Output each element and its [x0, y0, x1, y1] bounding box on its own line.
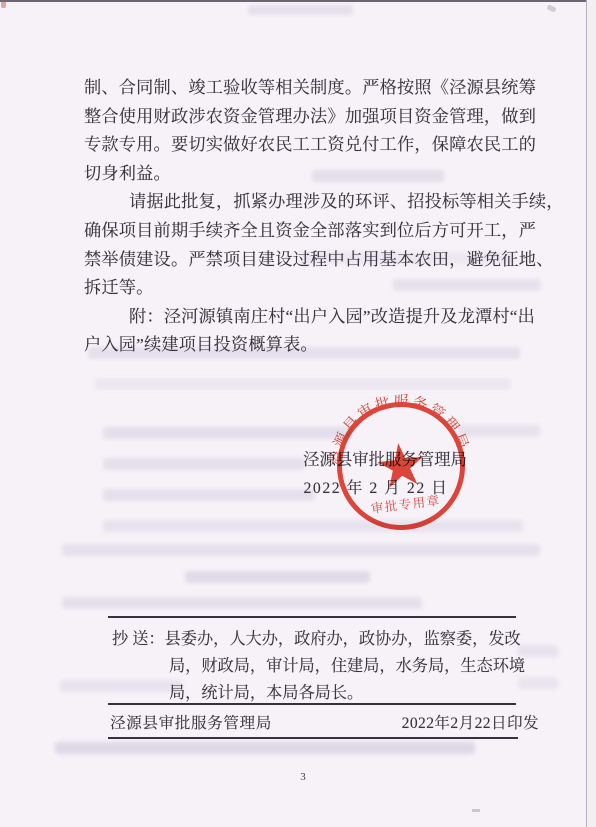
body-line: 确保项目前期手续齐全且资金全部落实到位后方可开工，严 — [84, 217, 532, 246]
bleed-through-text — [185, 571, 370, 583]
bleed-through-text — [55, 742, 475, 754]
colophon-issuer: 泾源县审批服务管理局 — [110, 711, 272, 737]
attachment-line: 户入园”续建项目投资概算表。 — [84, 331, 532, 360]
scanned-document-page: 制、合同制、竣工验收等相关制度。严格按照《泾源县统筹 整合使用财政涉农资金管理办… — [0, 0, 596, 827]
document-body: 制、合同制、竣工验收等相关制度。严格按照《泾源县统筹 整合使用财政涉农资金管理办… — [84, 74, 532, 360]
cc-line: 局，财政局，审计局，住建局，水务局，生态环境 — [112, 653, 524, 680]
official-seal: 泾源县审批服务管理局 审批专用章 — [322, 387, 480, 545]
bleed-through-text — [103, 458, 305, 470]
bleed-through-text — [62, 544, 540, 556]
bleed-through-text — [248, 5, 353, 15]
attachment-line: 附：泾河源镇南庄村“出户入园”改造提升及龙潭村“出 — [84, 303, 532, 332]
colophon-bottom-rule — [108, 737, 518, 739]
body-line: 整合使用财政涉农资金管理办法》加强项目资金管理，做到 — [84, 103, 532, 132]
bleed-through-text — [103, 427, 351, 439]
cc-top-rule — [108, 616, 516, 618]
bleed-through-text — [458, 425, 540, 437]
cc-label: 抄 送： — [112, 630, 165, 648]
colophon-top-rule — [108, 703, 516, 705]
page-number: 3 — [288, 771, 318, 783]
scan-top-edge — [0, 0, 596, 2]
body-line: 切身利益。 — [84, 160, 532, 189]
scan-speck — [472, 809, 480, 812]
body-line: 请据此批复，抓紧办理涉及的环评、招投标等相关手续， — [84, 188, 532, 217]
cc-section: 抄 送：县委办，人大办，政府办，政协办，监察委，发改 局，财政局，审计局，住建局… — [112, 626, 524, 708]
scan-speck — [1, 1, 6, 8]
seal-banner-text: 审批专用章 — [370, 493, 441, 516]
cc-line: 县委办，人大办，政府办，政协办，监察委，发改 — [165, 630, 521, 648]
colophon-print-date: 2022年2月22日印发 — [402, 711, 539, 737]
body-line: 拆迁等。 — [84, 274, 532, 303]
body-line: 禁举债建设。严禁项目建设过程中占用基本农田，避免征地、 — [84, 246, 532, 275]
seal-star-icon — [376, 440, 427, 488]
scan-speck — [546, 4, 556, 12]
scan-right-page-edge — [586, 0, 596, 827]
body-line: 专款专用。要切实做好农民工工资兑付工作，保障农民工的 — [84, 131, 532, 160]
body-line: 制、合同制、竣工验收等相关制度。严格按照《泾源县统筹 — [84, 74, 532, 103]
bleed-through-text — [62, 597, 422, 609]
